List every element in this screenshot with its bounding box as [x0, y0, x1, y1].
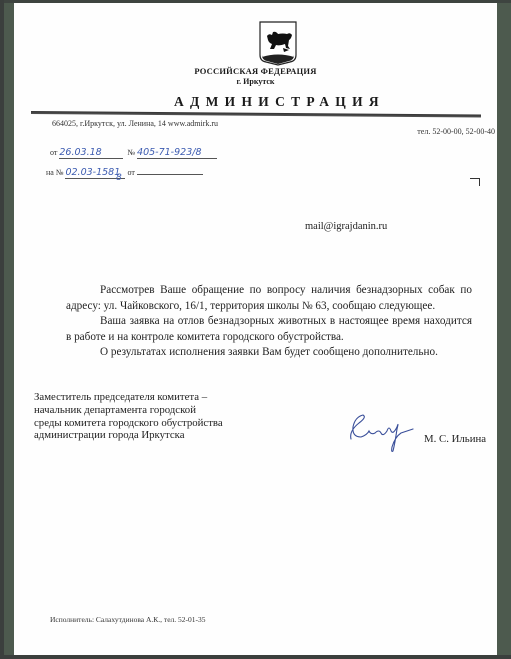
header-divider [31, 111, 481, 118]
body-paragraph: Ваша заявка на отлов безнадзорных животн… [66, 314, 472, 345]
city-label: г. Иркутск [14, 77, 497, 86]
signer-position: Заместитель председателя комитета – нача… [34, 391, 274, 442]
reply-date [137, 165, 203, 175]
recipient-email: mail@igrajdanin.ru [305, 221, 387, 232]
coat-of-arms-icon [259, 21, 297, 66]
executor-line: Исполнитель: Салахутдинова А.К., тел. 52… [50, 615, 206, 624]
signer-position-line: администрации города Иркутска [34, 429, 274, 442]
organization-heading: АДМИНИСТРАЦИЯ [174, 94, 385, 110]
outgoing-date: 26.03.18 [59, 147, 123, 159]
body-paragraph: Рассмотрев Ваше обращение по вопросу нал… [66, 283, 472, 314]
frame-bottom-border [0, 655, 511, 659]
signer-position-line: начальник департамента городской [34, 404, 274, 417]
from-label: от [50, 148, 57, 157]
handwritten-signature-icon [347, 409, 419, 455]
letter-page: РОССИЙСКАЯ ФЕДЕРАЦИЯ г. Иркутск АДМИНИСТ… [14, 3, 497, 655]
incoming-reference: на № 02.03-1581 от [46, 165, 203, 179]
signer-position-line: Заместитель председателя комитета – [34, 391, 274, 404]
letter-body: Рассмотрев Ваше обращение по вопросу нал… [66, 283, 472, 361]
signer-position-line: среды комитета городского обустройства [34, 417, 274, 430]
outgoing-number: 405-71-923/8 [137, 147, 217, 159]
address-corner-mark [470, 178, 480, 186]
outgoing-reference: от 26.03.18 № 405-71-923/8 [50, 147, 217, 159]
federation-label: РОССИЙСКАЯ ФЕДЕРАЦИЯ [14, 66, 497, 76]
frame-left-border [0, 0, 4, 659]
body-paragraph: О результатах исполнения заявки Вам буде… [66, 345, 472, 361]
phone-line: тел. 52-00-00, 52-00-40 [417, 127, 495, 136]
reply-from-label: от [127, 168, 134, 177]
signer-name: М. С. Ильина [424, 433, 486, 445]
number-label: № [127, 148, 135, 157]
reply-number-suffix: 8 [116, 173, 122, 183]
reply-to-label: на № [46, 168, 63, 177]
address-line: 664025, г.Иркутск, ул. Ленина, 14 www.ad… [52, 119, 218, 128]
